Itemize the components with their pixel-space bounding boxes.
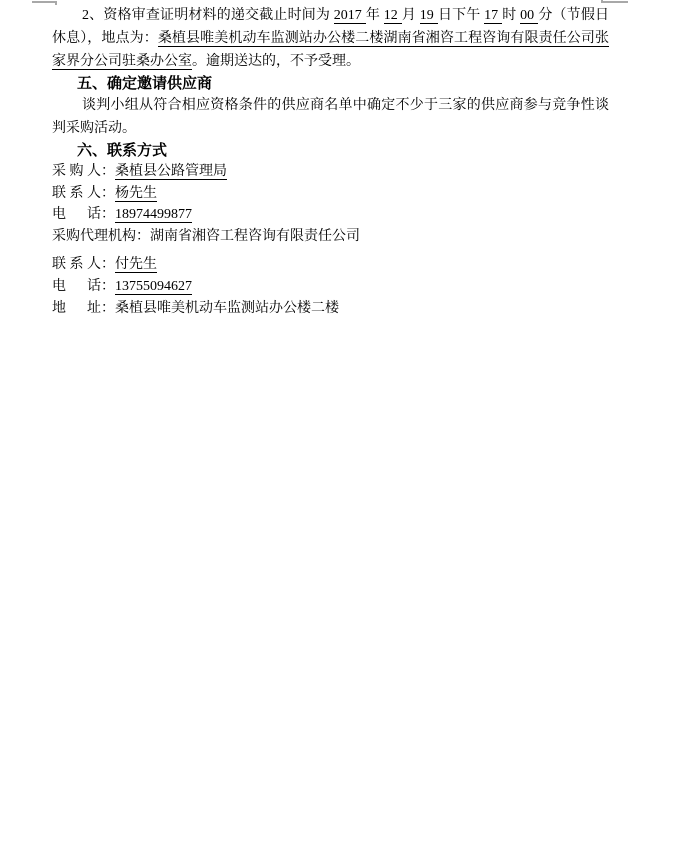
contact-row-contact-fu: 联 系 人：付先生 [52,254,609,276]
contact-fu-label: 联 系 人： [52,257,115,272]
deadline-minute: 00 [520,8,538,24]
phone-yang-label: 电 话： [52,207,115,222]
deadline-hour: 17 [484,8,502,24]
margin-mark-right [601,1,628,3]
contact-row-address: 地 址：桑植县唯美机动车监测站办公楼二楼 [52,298,609,320]
address-label: 地 址： [52,301,115,316]
deadline-intro-text: 2、资格审查证明材料的递交截止时间为 [82,8,334,23]
section5-heading: 五、确定邀请供应商 [52,73,609,94]
deadline-tail-text: 。逾期送达的，不予受理。 [192,54,360,69]
deadline-paragraph: 2、资格审查证明材料的递交截止时间为 2017年 12月 19日下午 17时 0… [52,4,609,73]
contact-yang-label: 联 系 人： [52,186,115,201]
margin-mark-right-tick [601,0,603,3]
agency-label: 采购代理机构： [52,229,150,244]
contact-row-purchaser: 采 购 人：桑植县公路管理局 [52,161,609,183]
purchaser-value: 桑植县公路管理局 [115,164,227,180]
deadline-month-label: 月 [402,8,420,23]
document-body: 2、资格审查证明材料的递交截止时间为 2017年 12月 19日下午 17时 0… [52,4,609,319]
phone-fu-value: 13755094627 [115,279,192,295]
contact-yang-value: 杨先生 [115,186,157,202]
margin-mark-left [32,1,57,3]
phone-fu-label: 电 话： [52,279,115,294]
contact-row-contact-yang: 联 系 人：杨先生 [52,183,609,205]
contact-row-phone-yang: 电 话：18974499877 [52,204,609,226]
deadline-year: 2017 [334,8,366,24]
document-page: 2、资格审查证明材料的递交截止时间为 2017年 12月 19日下午 17时 0… [0,0,679,843]
contact-fu-value: 付先生 [115,257,157,273]
phone-yang-value: 18974499877 [115,207,192,223]
deadline-month: 12 [384,8,402,24]
agency-value: 湖南省湘咨工程咨询有限责任公司 [150,229,360,244]
section6-heading: 六、联系方式 [52,140,609,161]
deadline-day: 19 [420,8,438,24]
contact-row-phone-fu: 电 话：13755094627 [52,276,609,298]
section5-paragraph: 谈判小组从符合相应资格条件的供应商名单中确定不少于三家的供应商参与竞争性谈判采购… [52,94,609,140]
contact-row-agency: 采购代理机构：湖南省湘咨工程咨询有限责任公司 [52,226,609,248]
purchaser-label: 采 购 人： [52,164,115,179]
deadline-hour-label: 时 [502,8,520,23]
deadline-day-label: 日下午 [438,8,484,23]
address-value: 桑植县唯美机动车监测站办公楼二楼 [115,301,339,316]
deadline-year-label: 年 [366,8,384,23]
